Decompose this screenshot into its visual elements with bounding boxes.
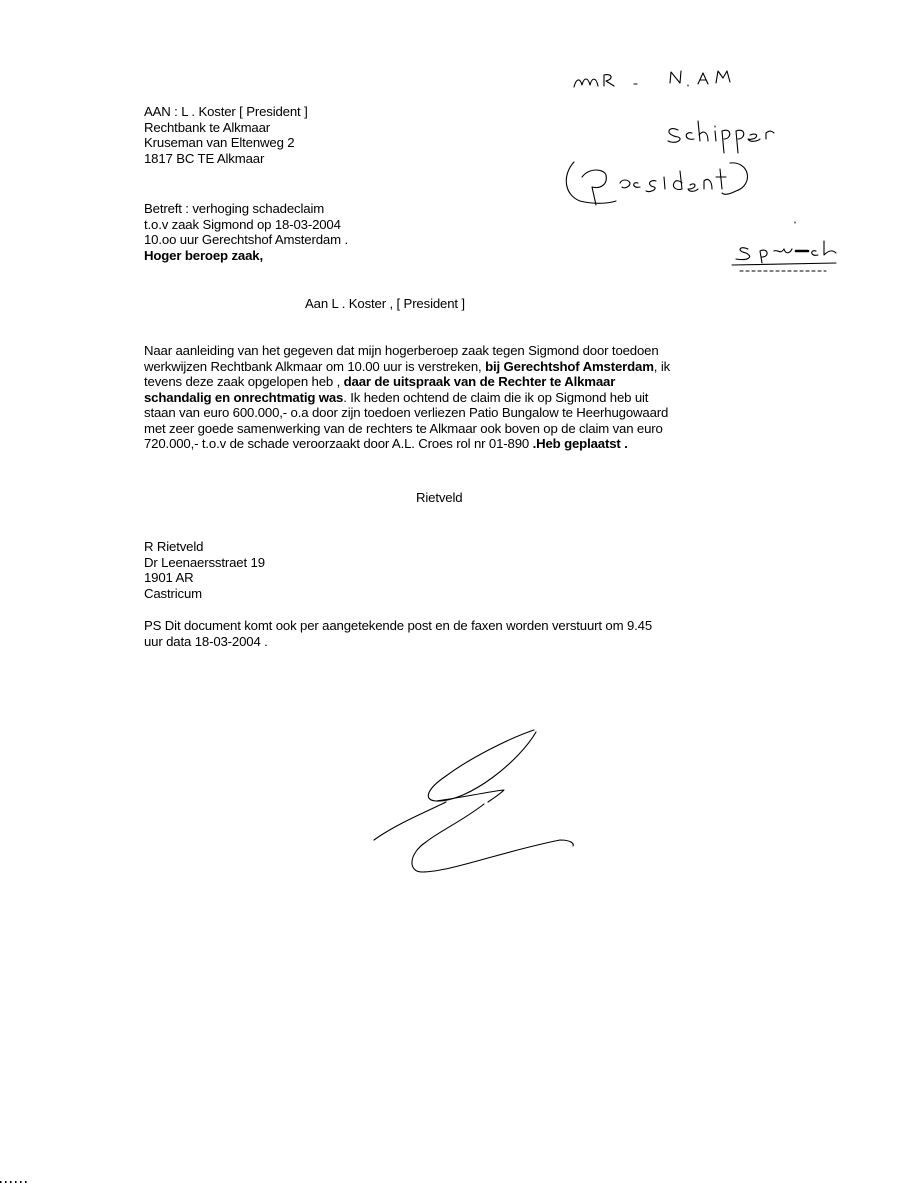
body-line: Naar aanleiding van het gegeven dat mijn…: [144, 343, 670, 359]
body-text: werkwijzen Rechtbank Alkmaar om 10.00 uu…: [144, 359, 485, 374]
postscript-line: uur data 18-03-2004 .: [144, 634, 652, 650]
sender-block: R Rietveld Dr Leenaersstraet 19 1901 AR …: [144, 539, 265, 601]
body-line: 720.000,- t.o.v de schade veroorzaakt do…: [144, 436, 670, 452]
body-text-bold: .Heb geplaatst .: [533, 436, 628, 451]
body-line: met zeer goede samenwerking van de recht…: [144, 421, 670, 437]
body-paragraph: Naar aanleiding van het gegeven dat mijn…: [144, 343, 670, 452]
addressee-line: Kruseman van Eltenweg 2: [144, 135, 308, 151]
subject-line: Betreft : verhoging schadeclaim: [144, 201, 348, 217]
faxed-letter-page: AAN : L . Koster [ President ] Rechtbank…: [0, 0, 900, 1185]
addressee-block: AAN : L . Koster [ President ] Rechtbank…: [144, 104, 308, 166]
addressee-line: 1817 BC TE Alkmaar: [144, 151, 308, 167]
body-line: werkwijzen Rechtbank Alkmaar om 10.00 uu…: [144, 359, 670, 375]
body-line: schandalig en onrechtmatig was. Ik heden…: [144, 390, 670, 406]
body-line: staan van euro 600.000,- o.a door zijn t…: [144, 405, 670, 421]
subject-line: t.o.v zaak Sigmond op 18-03-2004: [144, 217, 348, 233]
subject-block: Betreft : verhoging schadeclaim t.o.v za…: [144, 201, 348, 263]
scan-artifact-dots: [0, 1181, 30, 1183]
salutation: Aan L . Koster , [ President ]: [305, 296, 465, 312]
signature: [360, 720, 580, 880]
body-line: tevens deze zaak opgelopen heb , daar de…: [144, 374, 670, 390]
closing-name: Rietveld: [416, 490, 462, 506]
sender-line: Castricum: [144, 586, 265, 602]
body-text-bold: bij Gerechtshof Amsterdam: [485, 359, 654, 374]
sender-line: 1901 AR: [144, 570, 265, 586]
body-text: 720.000,- t.o.v de schade veroorzaakt do…: [144, 436, 533, 451]
postscript-line: PS Dit document komt ook per aangetekend…: [144, 618, 652, 634]
subject-line-bold: Hoger beroep zaak,: [144, 248, 348, 264]
addressee-line: AAN : L . Koster [ President ]: [144, 104, 308, 120]
body-text: . Ik heden ochtend de claim die ik op Si…: [343, 390, 648, 405]
postscript: PS Dit document komt ook per aangetekend…: [144, 618, 652, 649]
body-text-bold: schandalig en onrechtmatig was: [144, 390, 343, 405]
handwritten-annotation: [560, 65, 850, 275]
body-text: , ik: [654, 359, 670, 374]
sender-line: R Rietveld: [144, 539, 265, 555]
addressee-line: Rechtbank te Alkmaar: [144, 120, 308, 136]
body-text-bold: daar de uitspraak van de Rechter te Alkm…: [344, 374, 616, 389]
subject-line: 10.oo uur Gerechtshof Amsterdam .: [144, 232, 348, 248]
sender-line: Dr Leenaersstraet 19: [144, 555, 265, 571]
body-text: tevens deze zaak opgelopen heb ,: [144, 374, 344, 389]
